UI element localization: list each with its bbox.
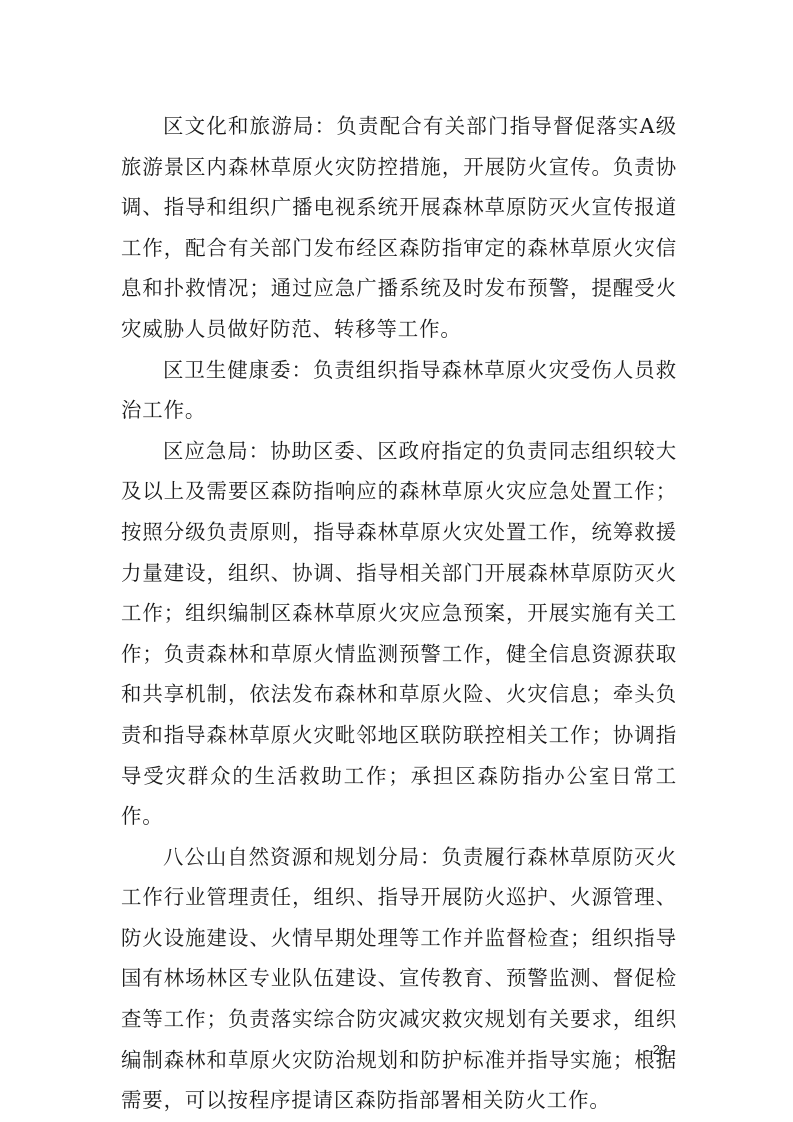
document-page: 区文化和旅游局：负责配合有关部门指导督促落实A级旅游景区内森林草原火灾防控措施，… bbox=[0, 0, 793, 1122]
page-number: - 29 - bbox=[600, 1042, 720, 1057]
paragraph-body: 负责履行森林草原防灭火工作行业管理责任，组织、指导开展防火巡护、火源管理、防火设… bbox=[121, 845, 677, 1113]
document-body: 区文化和旅游局：负责配合有关部门指导督促落实A级旅游景区内森林草原火灾防控措施，… bbox=[121, 106, 677, 1121]
paragraph-heading: 区文化和旅游局： bbox=[163, 114, 336, 138]
paragraph-heading: 区卫生健康委： bbox=[163, 358, 313, 382]
paragraph-heading: 区应急局： bbox=[163, 439, 270, 463]
paragraph-health-commission: 区卫生健康委：负责组织指导森林草原火灾受伤人员救治工作。 bbox=[121, 350, 677, 431]
paragraph-natural-resources-branch: 八公山自然资源和规划分局：负责履行森林草原防灭火工作行业管理责任，组织、指导开展… bbox=[121, 837, 677, 1121]
paragraph-heading: 八公山自然资源和规划分局： bbox=[163, 845, 441, 869]
paragraph-culture-tourism-bureau: 区文化和旅游局：负责配合有关部门指导督促落实A级旅游景区内森林草原火灾防控措施，… bbox=[121, 106, 677, 350]
paragraph-body: 协助区委、区政府指定的负责同志组织较大及以上及需要区森防指响应的森林草原火灾应急… bbox=[121, 439, 677, 828]
paragraph-body: 负责配合有关部门指导督促落实A级旅游景区内森林草原火灾防控措施，开展防火宣传。负… bbox=[121, 114, 677, 341]
paragraph-emergency-bureau: 区应急局：协助区委、区政府指定的负责同志组织较大及以上及需要区森防指响应的森林草… bbox=[121, 431, 677, 837]
